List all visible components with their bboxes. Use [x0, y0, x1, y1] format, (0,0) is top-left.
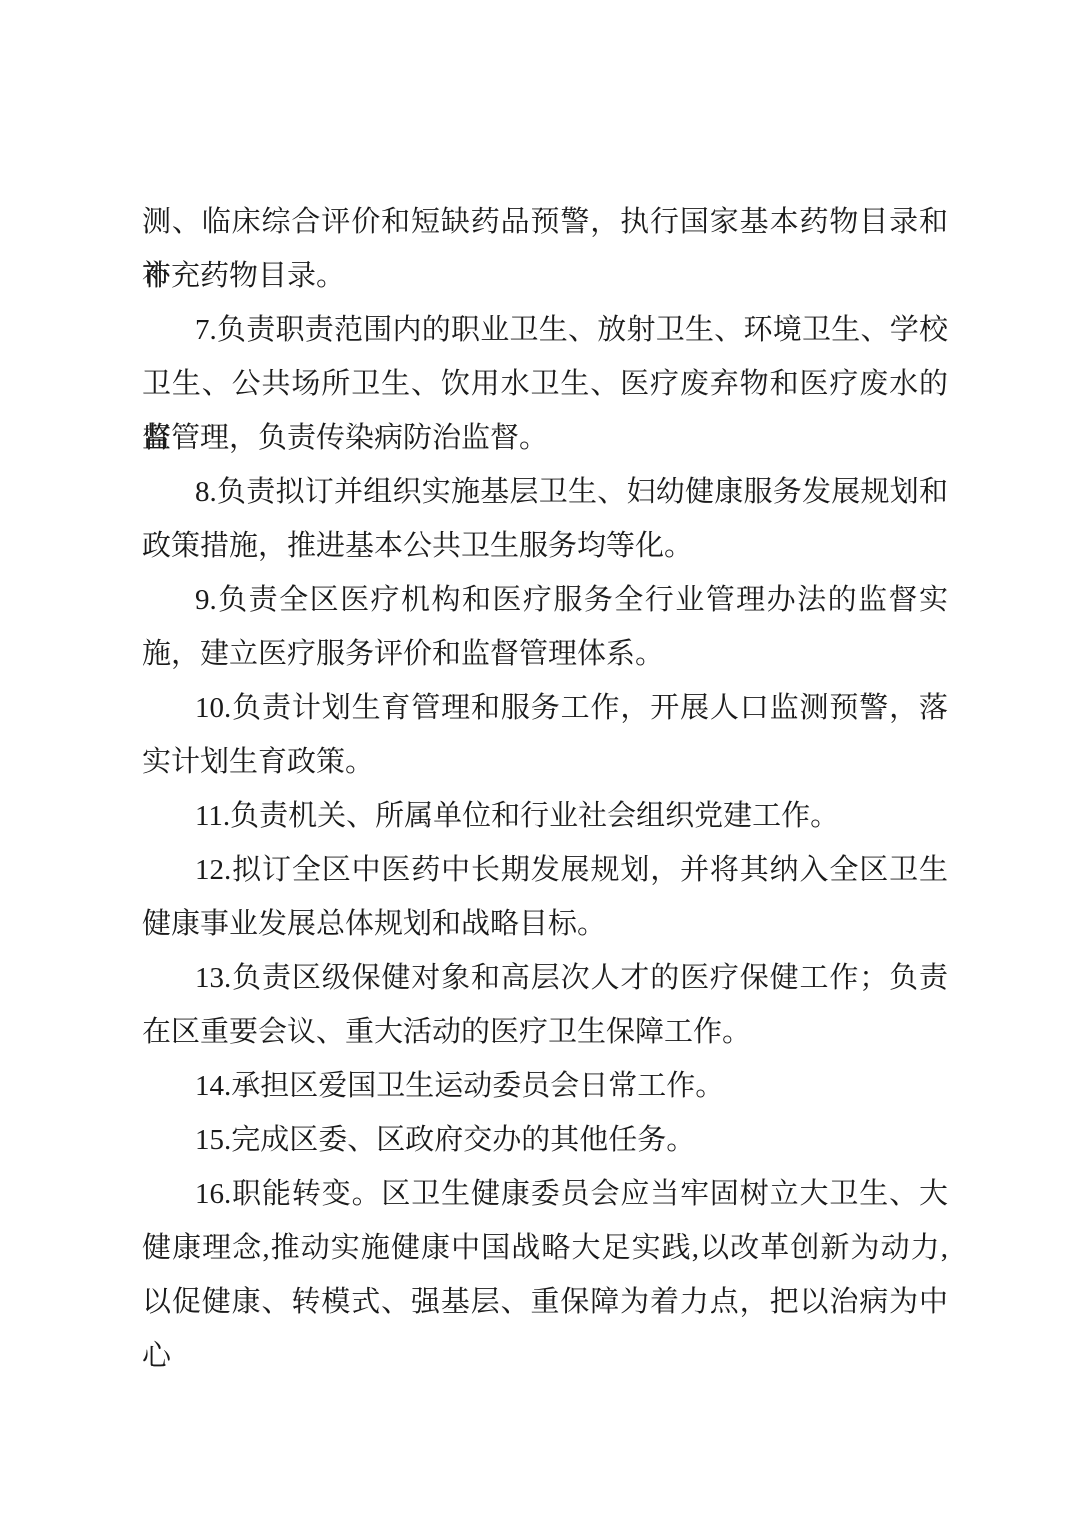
- text-line: 8.负责拟订并组织实施基层卫生、妇幼健康服务发展规划和: [142, 465, 948, 519]
- text-line: 9.负责全区医疗机构和医疗服务全行业管理办法的监督实: [142, 573, 948, 627]
- paragraph: 13.负责区级保健对象和高层次人才的医疗保健工作；负责在区重要会议、重大活动的医…: [142, 951, 948, 1059]
- paragraph: 14.承担区爱国卫生运动委员会日常工作。: [142, 1059, 948, 1113]
- text-line: 测、临床综合评价和短缺药品预警，执行国家基本药物目录和市: [142, 195, 948, 249]
- text-line: 健康理念,推动实施健康中国战略大足实践,以改革创新为动力,: [142, 1221, 948, 1275]
- text-line: 施，建立医疗服务评价和监督管理体系。: [142, 627, 948, 681]
- text-line: 12.拟订全区中医药中长期发展规划，并将其纳入全区卫生: [142, 843, 948, 897]
- text-line: 11.负责机关、所属单位和行业社会组织党建工作。: [142, 789, 948, 843]
- text-line: 健康事业发展总体规划和战略目标。: [142, 897, 948, 951]
- document-text-body: 测、临床综合评价和短缺药品预警，执行国家基本药物目录和市补充药物目录。7.负责职…: [142, 195, 948, 1329]
- text-line: 13.负责区级保健对象和高层次人才的医疗保健工作；负责: [142, 951, 948, 1005]
- paragraph: 12.拟订全区中医药中长期发展规划，并将其纳入全区卫生健康事业发展总体规划和战略…: [142, 843, 948, 951]
- paragraph: 测、临床综合评价和短缺药品预警，执行国家基本药物目录和市补充药物目录。: [142, 195, 948, 303]
- text-line: 7.负责职责范围内的职业卫生、放射卫生、环境卫生、学校: [142, 303, 948, 357]
- paragraph: 16.职能转变。区卫生健康委员会应当牢固树立大卫生、大健康理念,推动实施健康中国…: [142, 1167, 948, 1329]
- text-line: 卫生、公共场所卫生、饮用水卫生、医疗废弃物和医疗废水的监: [142, 357, 948, 411]
- text-line: 实计划生育政策。: [142, 735, 948, 789]
- text-line: 督管理，负责传染病防治监督。: [142, 411, 948, 465]
- text-line: 以促健康、转模式、强基层、重保障为着力点，把以治病为中心: [142, 1275, 948, 1329]
- text-line: 在区重要会议、重大活动的医疗卫生保障工作。: [142, 1005, 948, 1059]
- paragraph: 8.负责拟订并组织实施基层卫生、妇幼健康服务发展规划和政策措施，推进基本公共卫生…: [142, 465, 948, 573]
- text-line: 16.职能转变。区卫生健康委员会应当牢固树立大卫生、大: [142, 1167, 948, 1221]
- paragraph: 9.负责全区医疗机构和医疗服务全行业管理办法的监督实施，建立医疗服务评价和监督管…: [142, 573, 948, 681]
- text-line: 15.完成区委、区政府交办的其他任务。: [142, 1113, 948, 1167]
- text-line: 补充药物目录。: [142, 249, 948, 303]
- paragraph: 10.负责计划生育管理和服务工作，开展人口监测预警，落实计划生育政策。: [142, 681, 948, 789]
- text-line: 政策措施，推进基本公共卫生服务均等化。: [142, 519, 948, 573]
- text-line: 14.承担区爱国卫生运动委员会日常工作。: [142, 1059, 948, 1113]
- paragraph: 15.完成区委、区政府交办的其他任务。: [142, 1113, 948, 1167]
- paragraph: 7.负责职责范围内的职业卫生、放射卫生、环境卫生、学校卫生、公共场所卫生、饮用水…: [142, 303, 948, 465]
- paragraph: 11.负责机关、所属单位和行业社会组织党建工作。: [142, 789, 948, 843]
- document-page: 测、临床综合评价和短缺药品预警，执行国家基本药物目录和市补充药物目录。7.负责职…: [0, 0, 1074, 1520]
- text-line: 10.负责计划生育管理和服务工作，开展人口监测预警，落: [142, 681, 948, 735]
